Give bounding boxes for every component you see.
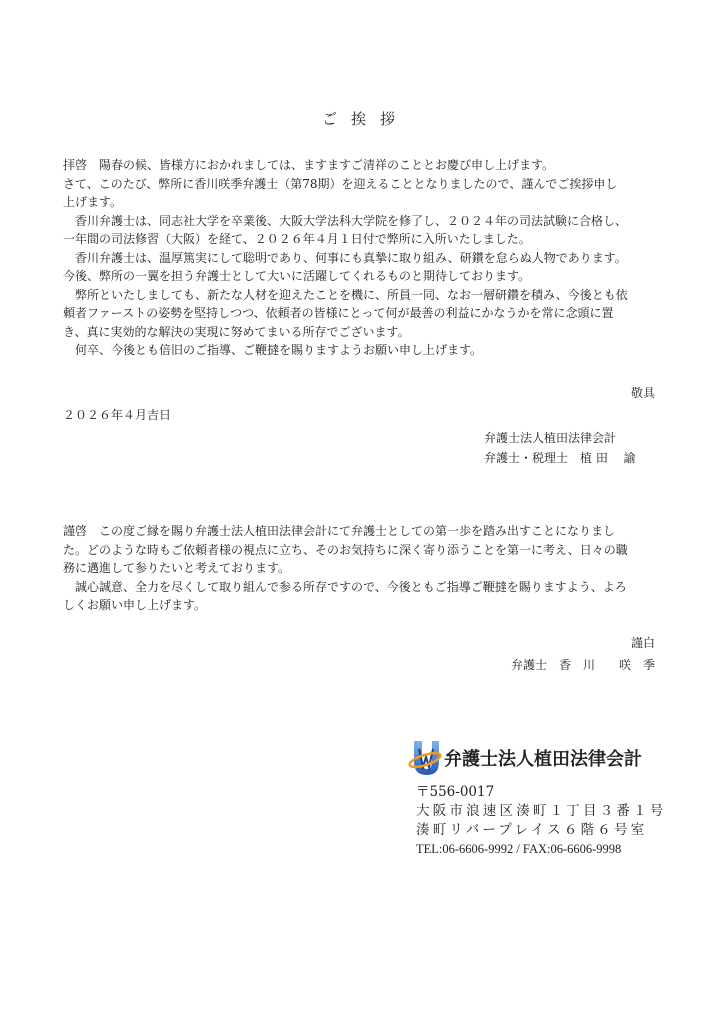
page-title: ご挨拶 — [0, 108, 717, 129]
postal-code: 〒556-0017 — [416, 783, 667, 802]
newcomer-line: た。どのような時もご依頼者様の視点に立ち、そのお気持ちに深く寄り添うことを第一に… — [63, 541, 655, 560]
signature-signer: 弁護士・税理士 植 田 諭 — [484, 448, 636, 468]
contact-numbers: TEL:06-6606-9992 / FAX:06-6606-9998 — [416, 840, 667, 859]
greeting-line: 弊所といたしましても、新たな人材を迎えたことを機に、所員一同、なお一層研鑽を積み… — [63, 286, 655, 305]
firm-logo-u-icon — [408, 739, 442, 777]
newcomer-letter-body: 謹啓 この度ご縁を賜り弁護士法人植田法律会計にて弁護士としての第一歩を踏み出すこ… — [63, 522, 655, 615]
greeting-letter-body: 拝啓 陽春の候、皆様方におかれましては、ますますご清祥のこととお慶び申し上げます… — [63, 156, 655, 360]
greeting-line: 頼者ファーストの姿勢を堅持しつつ、依頼者の皆様にとって何が最善の利益にかなうかを… — [63, 304, 655, 323]
greeting-signature: 弁護士法人植田法律会計 弁護士・税理士 植 田 諭 — [484, 428, 636, 468]
firm-logo: 弁護士法人植田法律会計 — [408, 739, 642, 777]
address-line-2: 湊町リバープレイス６階６号室 — [416, 821, 667, 840]
newcomer-signer: 弁護士 香 川 咲 季 — [511, 656, 655, 673]
newcomer-line: 誠心誠意、全力を尽くして取り組んで参る所存ですので、今後ともご指導ご鞭撻を賜りま… — [63, 578, 655, 597]
signature-firm-name: 弁護士法人植田法律会計 — [484, 428, 636, 448]
letter-date: ２０２６年４月吉日 — [63, 406, 171, 423]
newcomer-closing: 謹白 — [631, 634, 655, 651]
address-line-1: 大阪市浪速区湊町１丁目３番１号 — [416, 802, 667, 821]
greeting-line: 香川弁護士は、同志社大学を卒業後、大阪大学法科大学院を修了し、２０２４年の司法試… — [63, 212, 655, 231]
greeting-line: 何卒、今後とも倍旧のご指導、ご鞭撻を賜りますようお願い申し上げます。 — [63, 341, 655, 360]
greeting-line: さて、このたび、弊所に香川咲季弁護士（第78期）を迎えることとなりましたので、謹… — [63, 175, 655, 194]
footer-firm-name: 弁護士法人植田法律会計 — [444, 745, 642, 771]
greeting-line: き、真に実効的な解決の実現に努めてまいる所存でございます。 — [63, 323, 655, 342]
newcomer-line: 務に邁進して参りたいと考えております。 — [63, 559, 655, 578]
newcomer-line: しくお願い申し上げます。 — [63, 596, 655, 615]
greeting-line: 今後、弊所の一翼を担う弁護士として大いに活躍してくれるものと期待しております。 — [63, 267, 655, 286]
greeting-line: 香川弁護士は、温厚篤実にして聡明であり、何事にも真摯に取り組み、研鑽を怠らぬ人物… — [63, 249, 655, 268]
newcomer-line: 謹啓 この度ご縁を賜り弁護士法人植田法律会計にて弁護士としての第一歩を踏み出すこ… — [63, 522, 655, 541]
greeting-line: 拝啓 陽春の候、皆様方におかれましては、ますますご清祥のこととお慶び申し上げます… — [63, 156, 655, 175]
footer-address: 〒556-0017 大阪市浪速区湊町１丁目３番１号 湊町リバープレイス６階６号室… — [416, 783, 667, 859]
greeting-closing: 敬具 — [631, 384, 655, 401]
greeting-line: 上げます。 — [63, 193, 655, 212]
greeting-line: 一年間の司法修習（大阪）を経て、２０２６年４月１日付で弊所に入所いたしました。 — [63, 230, 655, 249]
